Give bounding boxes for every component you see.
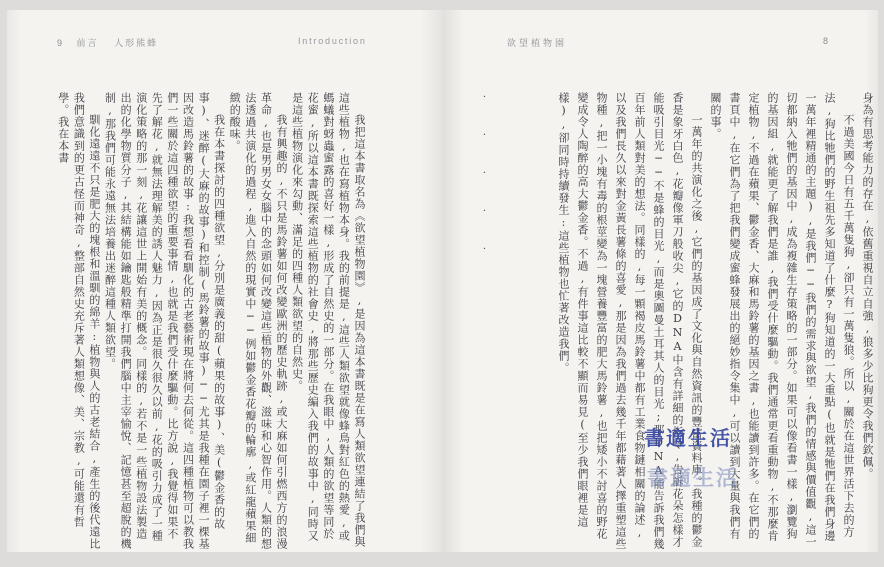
left-page-body-text: 我把這本書取名為《欲望植物園》,是因為這本書既是在寫人類欲望連結了我們與這些植物… — [55, 92, 367, 550]
paragraph: 我在本書探討的四種欲望,分別是廣義的甜(蘋果的故事)、美(鬱金香的故事)、迷醉(… — [102, 92, 227, 550]
paragraph: 一萬年的共演化之後,它們的基因成了文化與自然資訊的豐富資料庫。我種的鬱金香是象牙… — [554, 92, 706, 550]
section-title: 前言 — [77, 38, 99, 48]
paragraph: 馴化遠遠不只是肥大的塊根和溫馴的綿羊:植物與人的古老結合,產生的後代遠比我們意識… — [55, 92, 102, 550]
page-number-right: 8 — [823, 36, 828, 48]
section-divider-dots: ····· — [475, 92, 554, 550]
page-edge-shade-right — [864, 10, 878, 552]
paragraph: 不過美國今日有五千萬隻狗,卻只有一萬隻狼。所以,關於在這世界活下去的方法,狗比牠… — [706, 92, 858, 550]
page-number-left: 9 — [57, 38, 63, 48]
book-spread: 9 前言 人形熊蜂 Introduction 我把這本書取名為《欲望植物園》,是… — [7, 10, 878, 552]
paragraph: 我有興趣的,不只是馬鈴薯如何改變歐洲的歷史軌跡,或大麻如何引燃西方的浪漫革命,也… — [227, 92, 289, 550]
page-gutter-shadow — [420, 10, 464, 552]
page-edge-shade-left — [7, 10, 21, 552]
running-head-left: 9 前言 人形熊蜂 — [57, 36, 158, 48]
right-page-body-text: 身為有思考能力的存在,依舊重視自立自強,狼多少比狗更令我們欽佩。 不過美國今日有… — [475, 92, 877, 550]
running-head-book-title: 欲望植物園 — [507, 36, 567, 48]
paragraph: 我把這本書取名為《欲望植物園》,是因為這本書既是在寫人類欲望連結了我們與這些植物… — [289, 92, 367, 550]
running-head-center: Introduction — [298, 36, 367, 48]
chapter-title: 人形熊蜂 — [114, 38, 158, 48]
